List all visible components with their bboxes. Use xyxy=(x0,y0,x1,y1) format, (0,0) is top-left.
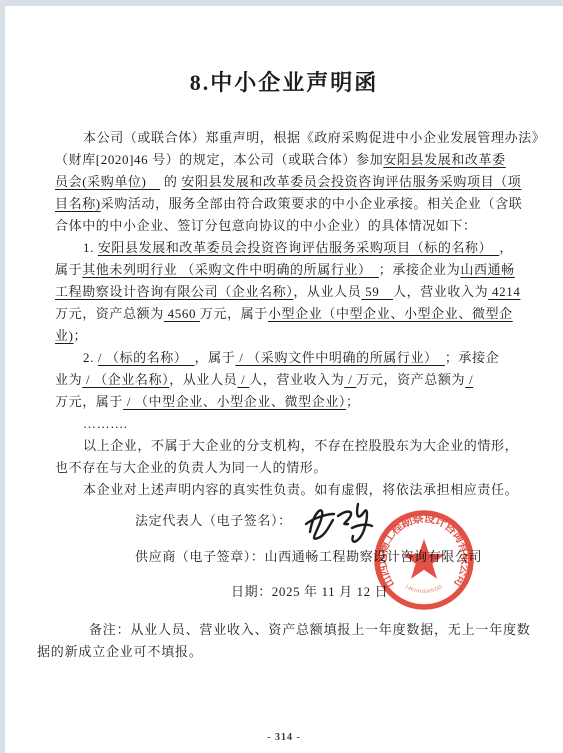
document-title: 8.中小企业声明函 xyxy=(5,66,563,97)
filled-blank-text: 59 xyxy=(361,284,393,299)
body-text: ………. xyxy=(83,416,128,431)
body-line: 工程勘察设计咨询有限公司（企业名称），从业人员 59 人，营业收入为 4214 xyxy=(55,281,511,303)
body-text: ；承接企业为 xyxy=(379,262,461,277)
body-text: ， xyxy=(499,240,513,255)
note-line: 据的新成立企业可不填报。 xyxy=(37,641,537,663)
body-text: 合体中的中小企业、签订分包意向协议的中小企业）的具体情况如下： xyxy=(55,218,477,233)
body-text: 人，营业收入为 xyxy=(393,284,488,299)
filled-blank-text: 4214 xyxy=(488,284,520,299)
filled-blank-text: / （采购文件中明确的所属行业） xyxy=(235,350,444,365)
body-text: 万元，资产总额为 xyxy=(55,306,164,321)
body-line: （财库[2020]46 号）的规定，本公司（或联合体）参加安阳县发展和改革委 xyxy=(55,149,511,171)
body-text: 人，营业收入为 xyxy=(249,372,344,387)
filled-blank-text: 4560 xyxy=(164,306,200,321)
filled-blank-text: / （中型企业、小型企业、微型企业） xyxy=(123,394,346,409)
filled-blank-text: / （标的名称） xyxy=(98,350,195,365)
body-line: 业)； xyxy=(55,325,511,347)
body-line: 目名称)采购活动，服务全部由符合政策要求的中小企业承接。相关企业（含联 xyxy=(55,193,511,215)
seal-code-text: 1401010309285 xyxy=(404,585,444,596)
filled-blank-text: / xyxy=(237,372,249,387)
body-line: 万元，属于 / （中型企业、小型企业、微型企业）； xyxy=(55,391,511,413)
body-line: 员会(采购单位) 的 安阳县发展和改革委员会投资咨询评估服务采购项目（项 xyxy=(55,171,511,193)
legal-representative-label: 法定代表人（电子签名）： xyxy=(135,510,292,529)
filled-blank-text: 业) xyxy=(55,328,74,343)
filled-blank-text: / （企业名称） xyxy=(82,372,169,387)
company-seal-stamp: 山西通畅工程勘察设计咨询有限公司 1401010309285 xyxy=(359,495,489,625)
filled-blank-text: / xyxy=(465,372,473,387)
body-text: 的 xyxy=(160,174,181,189)
filled-blank-text: 安阳县发展和改革委员会投资咨询评估服务采购项目（标的名称） xyxy=(98,240,500,255)
filled-blank-text: 其他未列明行业 （采购文件中明确的所属行业） xyxy=(82,262,379,277)
body-line: 万元，资产总额为 4560 万元，属于小型企业（中型企业、小型企业、微型企 xyxy=(55,303,511,325)
body-text: ； xyxy=(346,394,360,409)
body-text: ；承接企 xyxy=(445,350,499,365)
body-line: 1. 安阳县发展和改革委员会投资咨询评估服务采购项目（标的名称） ， xyxy=(55,237,511,259)
body-text: 2. xyxy=(83,350,98,365)
body-line: 本公司（或联合体）郑重声明，根据《政府采购促进中小企业发展管理办法》 xyxy=(55,127,511,149)
body-text: 万元，资产总额为 xyxy=(356,372,465,387)
note-line: 备注：从业人员、营业收入、资产总额填报上一年度数据，无上一年度数 xyxy=(37,619,537,641)
body-text: （财库[2020]46 号）的规定，本公司（或联合体）参加 xyxy=(55,152,383,167)
remarks-note: 备注：从业人员、营业收入、资产总额填报上一年度数据，无上一年度数 据的新成立企业… xyxy=(37,619,537,663)
body-text: ，从业人员 xyxy=(293,284,361,299)
body-line: 以上企业，不属于大企业的分支机构，不存在控股股东为大企业的情形， xyxy=(55,435,511,457)
filled-blank-text: 员会(采购单位) xyxy=(55,174,160,189)
body-text: 采购活动，服务全部由符合政策要求的中小企业承接。相关企业（含联 xyxy=(101,196,523,211)
body-text: 万元，属于 xyxy=(200,306,268,321)
body-line: 属于其他未列明行业 （采购文件中明确的所属行业） ；承接企业为山西通畅 xyxy=(55,259,511,281)
body-text: 业为 xyxy=(55,372,82,387)
body-line: ………. xyxy=(55,413,511,435)
filled-blank-text: 小型企业（中型企业、小型企业、微型企 xyxy=(268,306,513,321)
filled-blank-text: 工程勘察设计咨询有限公司（企业名称） xyxy=(55,284,293,299)
body-text: ，从业人员 xyxy=(169,372,237,387)
body-line: 也不存在与大企业的负责人为同一人的情形。 xyxy=(55,457,511,479)
declaration-body: 本公司（或联合体）郑重声明，根据《政府采购促进中小企业发展管理办法》（财库[20… xyxy=(55,127,511,501)
body-line: 业为 / （企业名称），从业人员 / 人，营业收入为 / 万元，资产总额为 / xyxy=(55,369,511,391)
body-text: 也不存在与大企业的负责人为同一人的情形。 xyxy=(55,460,327,475)
body-text: ； xyxy=(74,328,88,343)
filled-blank-text: 安阳县发展和改革委员会投资咨询评估服务采购项目（项 xyxy=(181,174,521,189)
filled-blank-text: 山西通畅 xyxy=(460,262,514,277)
page-number: - 314 - xyxy=(5,732,563,743)
body-text: 本公司（或联合体）郑重声明，根据《政府采购促进中小企业发展管理办法》 xyxy=(83,130,545,145)
filled-blank-text: 目名称) xyxy=(55,196,101,211)
body-text: 以上企业，不属于大企业的分支机构，不存在控股股东为大企业的情形， xyxy=(83,438,518,453)
filled-blank-text: / xyxy=(344,372,356,387)
body-text: 万元，属于 xyxy=(55,394,123,409)
seal-star xyxy=(403,539,445,579)
body-text: 1. xyxy=(83,240,98,255)
body-line: 合体中的中小企业、签订分包意向协议的中小企业）的具体情况如下： xyxy=(55,215,511,237)
filled-blank-text: 安阳县发展和改革委 xyxy=(383,152,505,167)
document-page: 8.中小企业声明函 本公司（或联合体）郑重声明，根据《政府采购促进中小企业发展管… xyxy=(5,6,563,753)
body-text: 属于 xyxy=(55,262,82,277)
body-text: ，属于 xyxy=(195,350,236,365)
body-line: 2. / （标的名称） ，属于 / （采购文件中明确的所属行业） ；承接企 xyxy=(55,347,511,369)
